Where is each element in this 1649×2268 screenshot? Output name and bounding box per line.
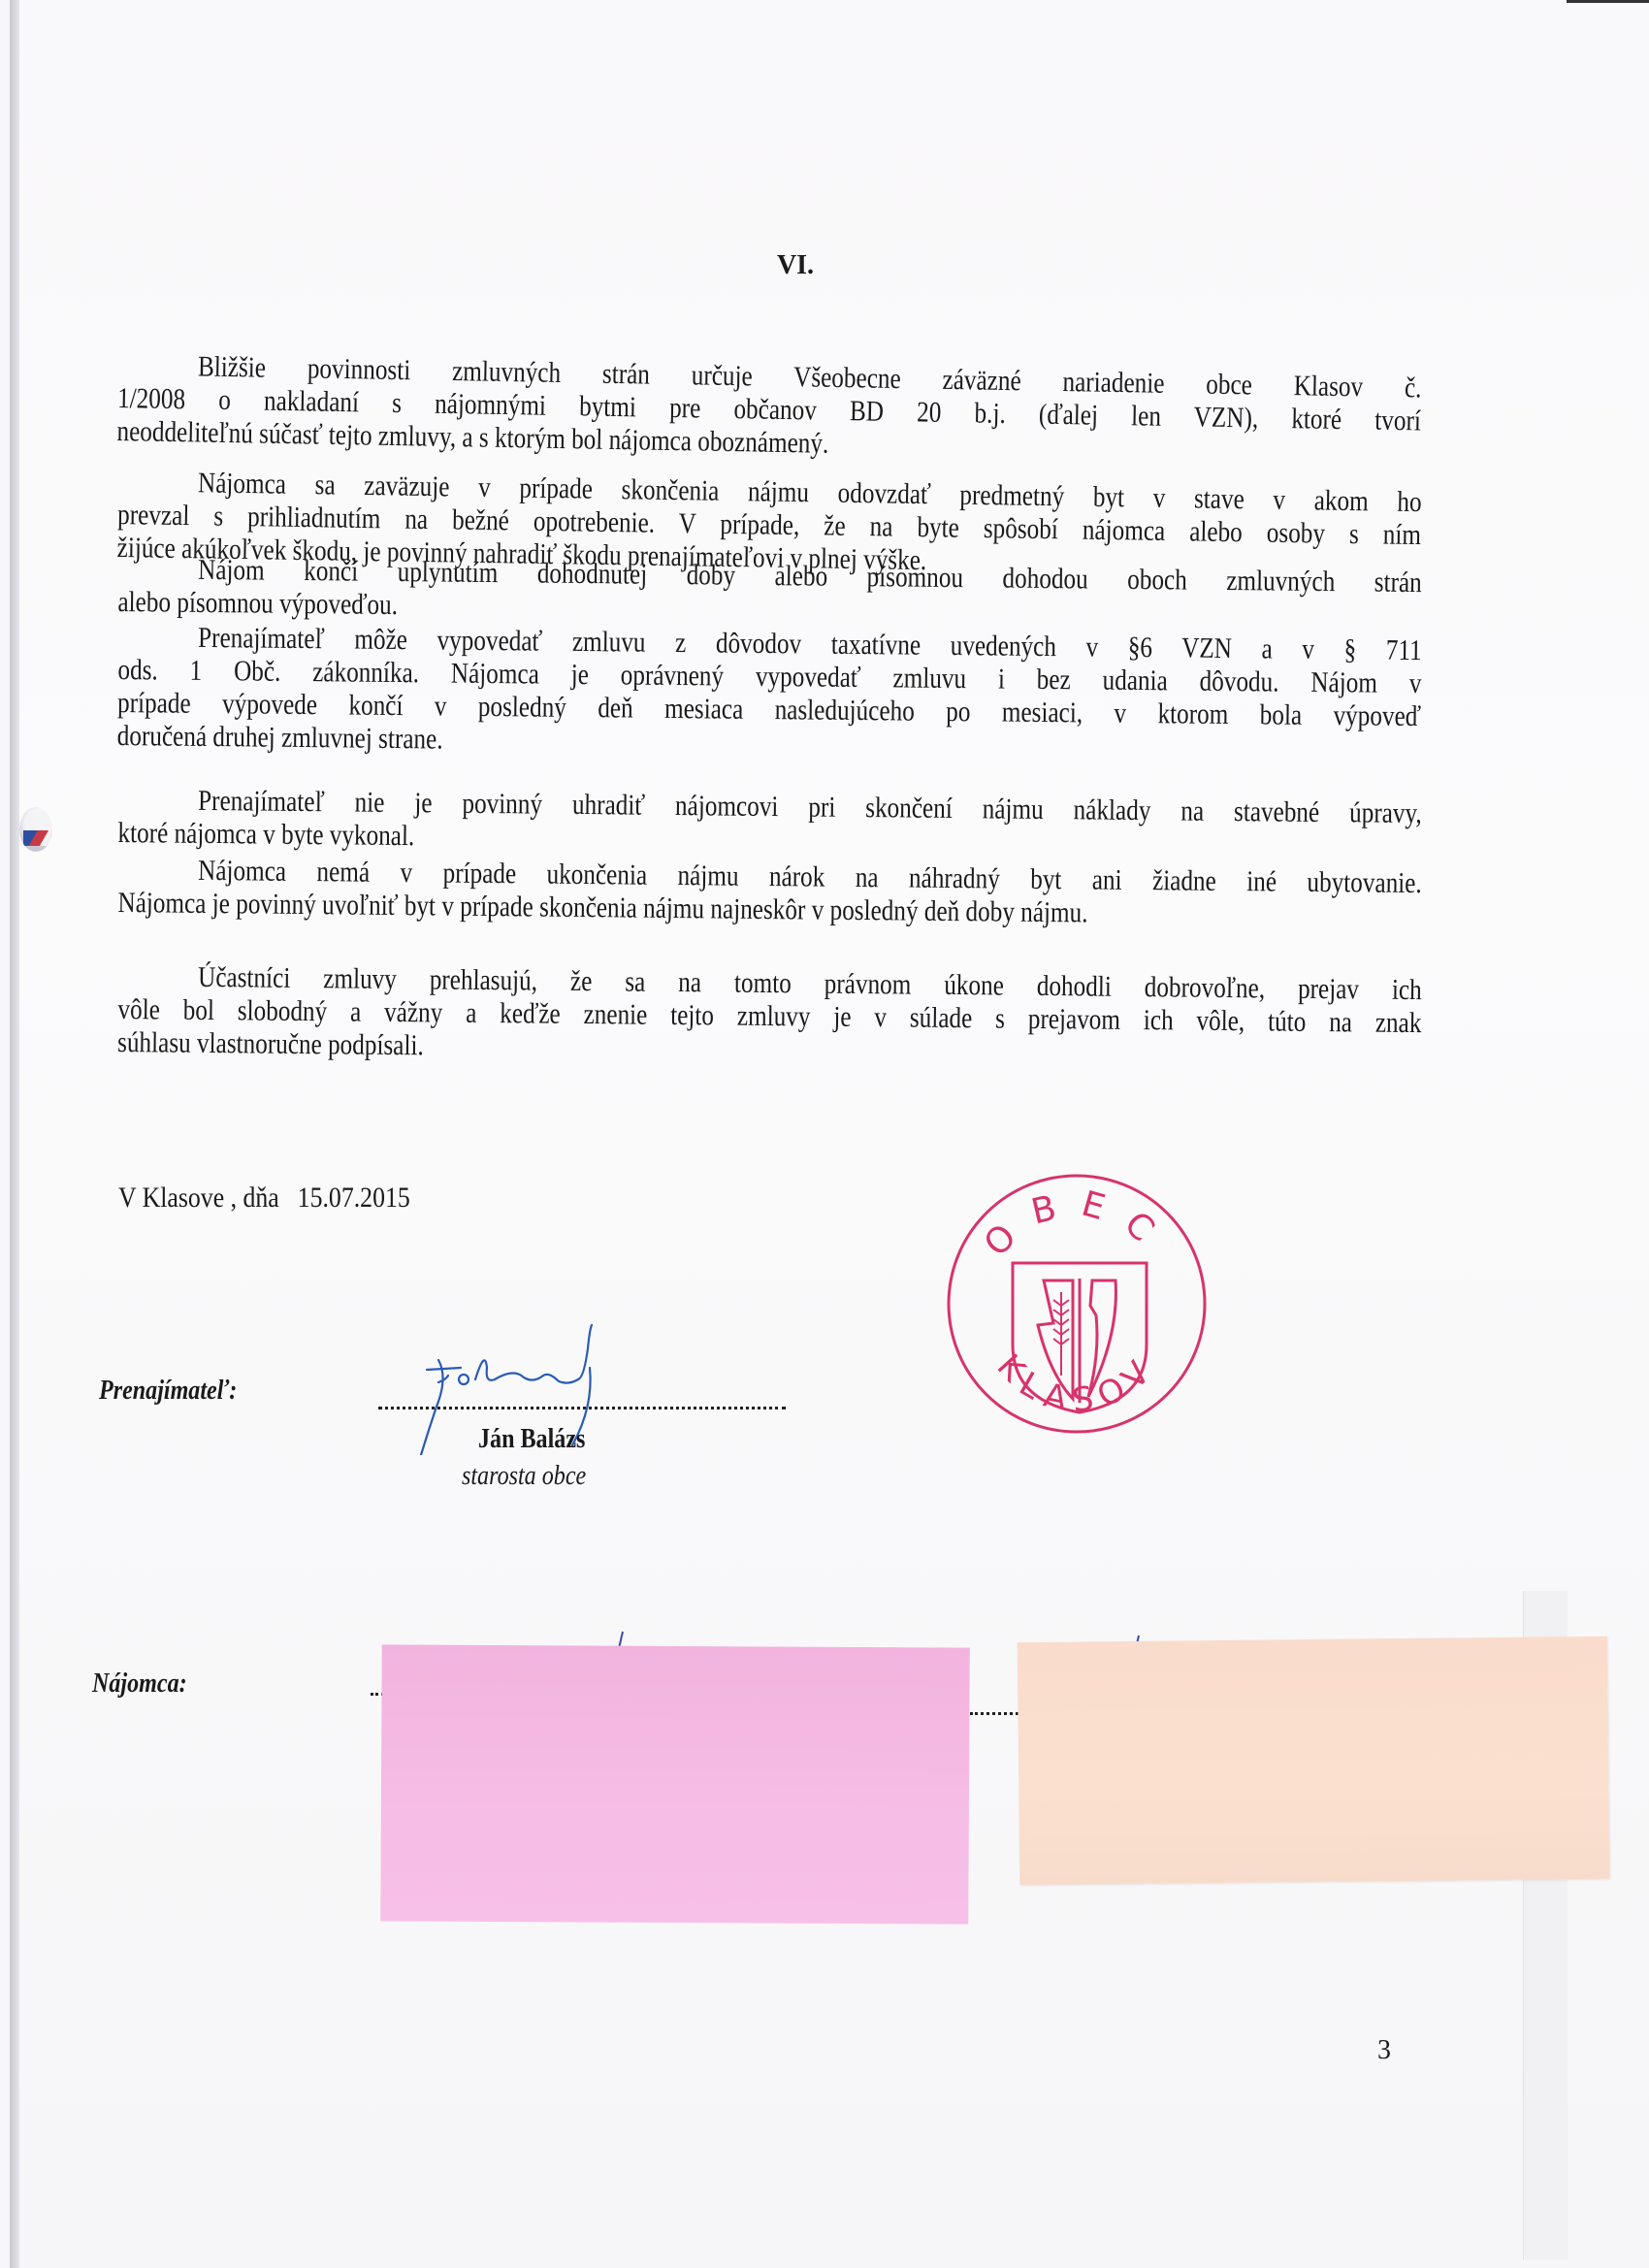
paragraph-declaration: Účastníci zmluvy prehlasujú, že sa na to… [117, 960, 1422, 1073]
document-page: VI. Bližšie povinnosti zmluvných strán u… [10, 0, 1649, 2268]
place-and-date: V Klasove , dňa15.07.2015 [118, 1182, 410, 1215]
page-number: 3 [1377, 2035, 1391, 2066]
scan-left-edge [10, 0, 19, 2268]
municipal-stamp-icon: OBEC KLASOV [943, 1170, 1211, 1438]
lessor-label: Prenajímateľ: [99, 1376, 237, 1407]
svg-text:KLASOV: KLASOV [989, 1347, 1165, 1420]
paragraph-alterations: Prenajímateľ nie je povinný uhradiť nájo… [117, 784, 1422, 863]
place-text: V Klasove , dňa [118, 1182, 279, 1214]
tenant-label: Nájomca: [92, 1669, 187, 1700]
signer-role: starosta obce [462, 1461, 586, 1492]
stamp-bottom-text: KLASOV [989, 1347, 1165, 1420]
section-heading: VI. [19, 250, 1571, 281]
date-text: 15.07.2015 [298, 1182, 410, 1214]
scan-top-edge [1567, 0, 1649, 3]
redaction-sticky-note-pink [380, 1644, 969, 1924]
paragraph-obligations: Bližšie povinnosti zmluvných strán určuj… [116, 349, 1422, 470]
signer-name: Ján Balázs [478, 1424, 585, 1455]
punch-hole-icon [19, 807, 52, 852]
paragraph-replacement-housing: Nájomca nemá v prípade ukončenia nájmu n… [117, 854, 1422, 933]
tenant-signature-line-2 [970, 1712, 1023, 1715]
paragraph-notice: Prenajímateľ môže vypovedať zmluvu z dôv… [117, 621, 1422, 766]
paragraph-termination: Nájom končí uplynutím dohodnutej doby al… [117, 553, 1422, 632]
redaction-sticky-note-peach [1018, 1636, 1610, 1885]
